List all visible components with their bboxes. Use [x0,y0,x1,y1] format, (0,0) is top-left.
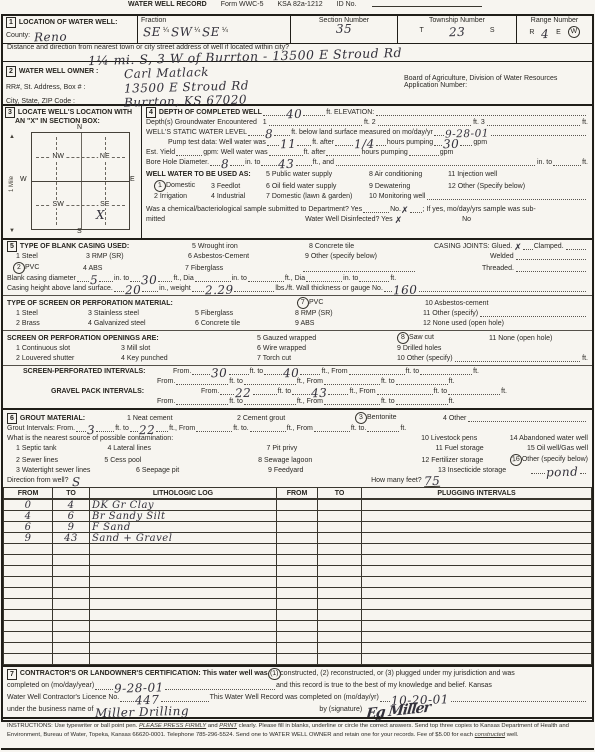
instructions-lead: INSTRUCTIONS: Use typewriter or ball poi… [7,723,137,729]
compass-s: S [77,228,82,235]
contam-12: 12 Fertilizer storage [421,456,509,466]
gp-ft-from: ft., From [349,387,375,397]
section7-number: 7 [7,669,17,680]
sample-no-label: No. [390,205,401,215]
gp-from-value: 22 [235,389,252,398]
sp-ft-to: ft. to [250,367,264,377]
instructions-footer: INSTRUCTIONS: Use typewriter or ball poi… [1,717,594,750]
contamination-question: What is the nearest source of possible c… [7,434,421,444]
gp-ft-to-2: ft. to [434,387,448,397]
section2-owner: 2WATER WELL OWNER :Carl Matlack RR#, St.… [3,62,592,106]
gw-2: ft. 2 [364,118,376,128]
col-from-2: FROM [277,488,318,500]
section2-title: WATER WELL OWNER : [19,68,98,75]
col-lithologic-log: LITHOLOGIC LOG [90,488,277,500]
contam-4: 4 Lateral lines [107,444,266,454]
groundwater-label: Depth(s) Groundwater Encountered [146,118,257,128]
grout-ft: ft. [400,424,406,434]
openings-block: SCREEN OR PERFORATION OPENINGS ARE:5 Gau… [3,331,592,366]
quadrant-sw: SW [51,201,66,208]
direction-value: S [72,478,81,487]
casing-depth-value: 30 [141,276,158,285]
section5-casing: 5TYPE OF BLANK CASING USED:5 Wrought iro… [3,240,592,296]
table-row-empty [4,566,592,577]
section5-number: 5 [7,241,17,252]
compass-w: W [20,176,27,183]
row1-log: DK Gr Clay [92,500,154,511]
casing-ft-dia: ft., Dia [173,274,193,284]
row1-from: 0 [25,500,32,511]
table-row-empty [4,643,592,654]
gp-ft: ft. [501,387,507,397]
application-number-label: Application Number: [404,82,592,89]
col-to-2: TO [318,488,362,500]
contam-11: 11 Fuel storage [435,444,526,454]
cert-business-label: under the business name of [7,704,93,716]
screen-intervals-label: SCREEN-PERFORATED INTERVALS: [7,367,173,377]
use-11: 11 Injection well [448,170,497,180]
grout-ft-to-3: ft. to. [351,424,367,434]
id-number-label: ID No. [337,1,357,8]
bore-label: Bore Hole Diameter. [146,158,209,168]
cert-completed-label: completed on (mo/day/year) [7,680,94,692]
township-t: T [419,26,423,36]
form-header: WATER WELL RECORD Form WWC-5 KSA 82a-121… [0,1,595,8]
disinfect-yes-mark: ✗ [395,217,403,225]
table-row-empty [4,577,592,588]
casing-4: 4 ABS [83,264,185,274]
section6-number: 6 [7,413,17,424]
instructions-print: PRINT [219,723,237,729]
quarter-3: ¼ [222,26,228,36]
sample-mitted: mitted [146,215,165,225]
opening-3: 3 Mill slot [121,344,257,354]
casing-8: 8 Concrete tile [309,242,434,252]
cert-title: CONTRACTOR'S OR LANDOWNER'S CERTIFICATIO… [20,668,268,680]
well-location-x-mark: X [96,208,105,222]
contam-13: 13 Insecticide storage [438,466,530,476]
table-row-empty [4,654,592,665]
contam-16-circled: 16 [509,454,522,467]
welded-label: Welded [490,252,514,262]
static-level-label: WELL'S STATIC WATER LEVEL [146,128,247,138]
county-label: County: [6,31,30,41]
arrow-down-icon: ▼ [9,228,15,234]
contam-8: 8 Sewage lagoon [258,456,421,466]
contam-1: 1 Septic tank [7,444,107,454]
water-well-record-form: WATER WELL RECORD Form WWC-5 KSA 82a-121… [0,0,595,752]
casing-2-circled: 2 [13,262,26,275]
grout-intervals-label: Grout Intervals: From. [7,424,75,434]
opening-6: 6 Wire wrapped [257,344,397,354]
litho-table-body: 04DK Gr Clay 46Br Sandy Silt 69F Sand 94… [4,499,592,665]
section7-certification: 7CONTRACTOR'S OR LANDOWNER'S CERTIFICATI… [3,665,592,717]
casing-1: 1 Steel [7,252,86,262]
form-title: WATER WELL RECORD [128,1,207,8]
weight-label: in., weight [159,284,191,294]
est-after: ft. after [304,148,326,158]
depth-value: 40 [286,110,303,119]
row4-to: 43 [64,533,78,544]
cert-line2b: and this record is true to the best of m… [276,680,492,692]
sp-ft-from: ft., From [321,367,347,377]
sp-ft-to-2: ft. to [406,367,420,377]
opening-8: Saw cut [409,334,434,341]
fraction-label: Fraction [141,17,166,24]
disinfect-no: No [462,215,471,225]
feet-value: 75 [424,477,441,487]
table-row-empty [4,632,592,643]
sp-to-value: 40 [283,369,300,378]
use-3: 3 Feedlot [211,182,266,192]
screen-9: 9 ABS [295,319,423,329]
use-5: 5 Public water supply [266,170,369,180]
owner-address: 13500 E Stroud Rd [124,81,249,93]
township-s: S [490,26,495,36]
row2-log: Br Sandy Silt [92,511,166,522]
row3-log: F Sand [92,522,131,533]
section3-title-2: AN "X" IN SECTION BOX: [5,118,139,125]
casing-2: PVC [25,264,39,271]
one-mile-scale: ▲ 1 Mile ▼ [6,134,18,234]
section3-number: 3 [5,107,15,118]
use-1-circled: 1 [154,180,167,193]
arrow-up-icon: ▲ [9,134,15,140]
use-title: WELL WATER TO BE USED AS: [146,170,266,180]
use-4: 4 Industrial [211,192,266,202]
est-yield-mid: gpm: Well water was [203,148,267,158]
casing-diam-label: Blank casing diameter [7,274,76,284]
static-level-value: 8 [265,130,273,139]
range-w-circled: W [567,26,580,39]
form-body: 1LOCATION OF WATER WELL: County: Reno Fr… [1,14,594,722]
quarter-1: ¼ [163,26,169,36]
screen-10: 10 Asbestos-cement [425,299,488,309]
direction-label: Direction from well? [7,476,68,486]
township-value: 23 [449,28,466,37]
screen-5: 5 Fiberglass [195,309,295,319]
fraction-3: SE [202,28,220,37]
casing-in-to-3: in. to [343,274,358,284]
section-box-diagram: NW NE SW SE X [31,132,130,230]
opening-11: 11 None (open hole) [489,334,552,344]
opening-8-circled: 8 [397,332,410,345]
use-8: 8 Air conditioning [369,170,448,180]
gp2-ft-to-2: ft. to [381,397,395,407]
row2-to: 6 [68,511,75,522]
one-mile-label: 1 Mile [9,176,15,192]
sample-no-mark: ✗ [401,207,409,215]
opening-10: 10 Other (specify) [397,354,453,364]
row4-from: 9 [25,533,32,544]
grout-ft-from-2: ft., From [287,424,313,434]
row2-from: 4 [25,511,32,522]
bore-in-to-2: in. to [537,158,552,168]
instructions-and: and [208,723,218,729]
table-row: 69F Sand [4,522,592,533]
contam-10: 10 Livestock pens [421,434,510,444]
quarter-2: ¼ [194,26,200,36]
pump-depth-value: 11 [280,140,297,149]
section1-title: LOCATION OF WATER WELL: [19,19,118,26]
screen-12: 12 None used (open hole) [423,319,504,329]
contam-2: 2 Sewer lines [7,456,104,466]
gravel-intervals-label: GRAVEL PACK INTERVALS: [7,387,201,397]
grout-ft-from: ft., From [169,424,195,434]
bore-in-to: in. to [245,158,260,168]
row4-log: Sand + Gravel [92,533,172,544]
col-plugging-intervals: PLUGGING INTERVALS [362,488,592,500]
table-row-empty [4,555,592,566]
bore-diam-value: 8 [221,160,229,169]
table-row: 04DK Gr Clay [4,499,592,511]
table-row-empty [4,544,592,555]
grout-to-value: 22 [139,426,156,435]
sp2-from: From. [157,377,175,387]
cert-line1b: constructed, (2) reconstructed, or (3) p… [280,668,515,680]
screen-11: 11 Other (specify) [423,309,478,319]
contam-7: 7 Pit privy [267,444,436,454]
instructions-press-firmly: PLEASE PRESS FIRMLY [139,723,206,729]
grout-title: GROUT MATERIAL: [20,415,85,422]
owner-city-label: City, State, ZIP Code : [6,98,124,105]
cert-line3b: This Water Well Record was completed on … [210,692,379,704]
range-label: Range Number [531,17,578,24]
range-value: 4 [541,30,549,39]
use-7: 7 Domestic (lawn & garden) [266,192,369,202]
threaded-label: Threaded. [482,264,514,274]
screen-6: 6 Concrete tile [195,319,295,329]
table-row: 46Br Sandy Silt [4,511,592,522]
fraction-2: SW [171,28,193,38]
opening-1: 1 Continuous slot [7,344,121,354]
sample-question: Was a chemical/bacteriological sample su… [146,205,362,215]
instructions-text-3: well. [507,732,519,738]
contam-other-value: pond [546,468,579,478]
screen-title: TYPE OF SCREEN OR PERFORATION MATERIAL: [7,299,297,309]
col-to-1: TO [53,488,90,500]
screen-material-block: TYPE OF SCREEN OR PERFORATION MATERIAL:7… [3,296,592,331]
gp-to-value: 43 [311,389,328,398]
gp-ft-to: ft. to [278,387,292,397]
row3-to: 9 [68,522,75,533]
joints-label: CASING JOINTS: Glued. [434,242,512,252]
casing-9: 9 Other (specify below) [305,252,430,262]
casing-5: 5 Wrought iron [192,242,309,252]
opening-7: 7 Torch cut [257,354,397,364]
grout-ft-to-2: ft. to. [233,424,249,434]
clamped-label: Clamped. [534,242,564,252]
agency-name: Board of Agriculture, Division of Water … [404,75,592,82]
fraction-1: SE [143,28,161,37]
bore-depth-value: 43 [278,160,295,169]
table-row-empty [4,588,592,599]
sp2-ft: ft. [449,377,455,387]
openings-title: SCREEN OR PERFORATION OPENINGS ARE: [7,334,257,344]
grout-ft-to: ft. to [115,424,129,434]
section2-number: 2 [6,66,16,77]
section1-number: 1 [6,17,16,28]
feet-label: How many feet? [371,476,422,486]
cert-licence-label: Water Well Contractor's Licence No. [7,692,119,704]
pump-gpm-value: 30 [443,140,460,149]
lithologic-table: FROM TO LITHOLOGIC LOG FROM TO PLUGGING … [3,487,592,665]
table-row-empty [4,621,592,632]
grout-4: 4 Other [443,414,466,424]
screen-8: 8 RMP (SR) [295,309,423,319]
use-6: 6 Oil field water supply [266,182,369,192]
screen-7-circled: 7 [297,297,310,310]
intervals-block: SCREEN-PERFORATED INTERVALS:From.30ft. t… [3,366,592,410]
section4-depth: 4DEPTH OF COMPLETED WELL40ft. ELEVATION:… [142,106,592,238]
range-r: R [529,28,534,38]
pump-pumping: hours pumping [387,138,433,148]
use-12: 12 Other (Specify below) [448,182,525,192]
use-2: 2 Irrigation [146,192,211,202]
section1-location: 1LOCATION OF WATER WELL: County: Reno Fr… [3,16,592,44]
casing-7: 7 Fiberglass [185,264,302,274]
cert-1-circled: (1) [267,668,280,681]
grout-from-value: 3 [87,426,95,435]
grout-3: Bentonite [367,414,397,421]
distance-row: Distance and direction from nearest town… [3,44,592,62]
contam-9: 9 Feedyard [268,466,438,476]
gp2-from: From. [157,397,175,407]
quadrant-ne: NE [98,153,112,160]
gp2-ft: ft. [449,397,455,407]
opening-4: 4 Key punched [121,354,257,364]
range-e: E [556,28,561,38]
row3-from: 6 [25,522,32,533]
owner-name: Carl Matlack [124,68,209,79]
grout-2: 2 Cement grout [237,414,355,424]
compass-n: N [77,124,82,131]
gauge-label: lbs./ft. Wall thickness or gauge No. [275,284,383,294]
section-number-value: 35 [336,22,352,36]
form-statute: KSA 82a-1212 [277,1,322,8]
sp2-ft-to-2: ft. to [381,377,395,387]
instructions-text-1: clearly. Please fill in blanks, underlin… [239,723,569,729]
contam-6: 6 Seepage pit [136,466,268,476]
sample-tail: ; If yes, mo/day/yrs sample was sub- [423,205,536,215]
screen-2: 2 Brass [7,319,88,329]
screen-4: 4 Galvanized steel [88,319,195,329]
contam-14: 14 Abandoned water well [510,434,588,444]
glued-mark: ✗ [514,244,522,252]
county-value: Reno [34,33,67,43]
quadrant-nw: NW [50,153,66,160]
owner-address-label: RR#, St. Address, Box # : [6,84,124,91]
depth-label: DEPTH OF COMPLETED WELL [159,108,262,118]
screen-7: PVC [309,299,323,306]
opening-2: 2 Louvered shutter [7,354,121,364]
section3-locate: 3LOCATE WELL'S LOCATION WITH AN "X" IN S… [3,106,142,238]
section6-grout: 6GROUT MATERIAL:1 Neat cement2 Cement gr… [3,410,592,487]
table-row-empty [4,599,592,610]
disinfect-question: Water Well Disinfected? Yes [305,215,393,225]
gw-ft: ft. [582,118,588,128]
casing-title: TYPE OF BLANK CASING USED: [20,243,129,250]
grout-3-circled: 3 [355,412,368,425]
casing-height-value: 20 [125,286,142,295]
casing-3: 3 RMP (SR) [86,252,188,262]
contam-5: 5 Cess pool [104,456,258,466]
gw-3: ft. 3 [473,118,485,128]
contam-15: 15 Oil well/Gas well [527,444,588,454]
casing-diam-value: 5 [90,276,98,285]
table-row: 943Sand + Gravel [4,533,592,544]
use-9: 9 Dewatering [369,182,448,192]
casing-ft-dia-2: ft., Dia [285,274,305,284]
bore-and: ft., and [313,158,334,168]
cert-signature-label: by (signature) [319,704,362,716]
sp-from-label: From. [173,367,191,377]
row1-to: 4 [68,500,75,511]
opening-10-unit: ft. [582,354,588,364]
compass-e: E [130,176,135,183]
use-1: Domestic [166,182,195,189]
use-10: 10 Monitoring well [369,192,425,202]
instructions-text-2: Environment, Bureau of Water, Topeka, Ka… [7,732,473,738]
gauge-value: 160 [393,286,418,296]
instructions-constructed: constructed [475,732,505,738]
opening-5: 5 Gauzed wrapped [257,334,397,344]
screen-1: 1 Steel [7,309,88,319]
owner-city: Burrton, KS 67020 [124,95,247,107]
sp-ft: ft. [473,367,479,377]
form-number: Form WWC-5 [221,1,264,8]
section3-title-1: LOCATE WELL'S LOCATION WITH [18,109,132,116]
screen-3: 3 Stainless steel [88,309,195,319]
pump-hours-value: 1/4 [354,140,375,150]
elevation-label: ft. ELEVATION: [326,108,374,118]
opening-9: 9 Drilled holes [397,344,441,354]
col-from-1: FROM [4,488,53,500]
casing-6: 6 Asbestos-Cement [188,252,305,262]
gp-from-label: From. [201,387,219,397]
casing-in-to-2: in. to [232,274,247,284]
pump-test-label: Pump test data: Well water was [146,138,266,148]
weight-value: 2.29 [205,286,234,296]
pump-after: ft. after [312,138,334,148]
township-label: Township Number [429,17,485,24]
est-yield-label: Est. Yield [146,148,175,158]
table-row-empty [4,610,592,621]
sp-from-value: 30 [211,369,228,378]
contam-16: Other (specify below) [522,456,588,463]
bore-ft: ft. [582,158,588,168]
